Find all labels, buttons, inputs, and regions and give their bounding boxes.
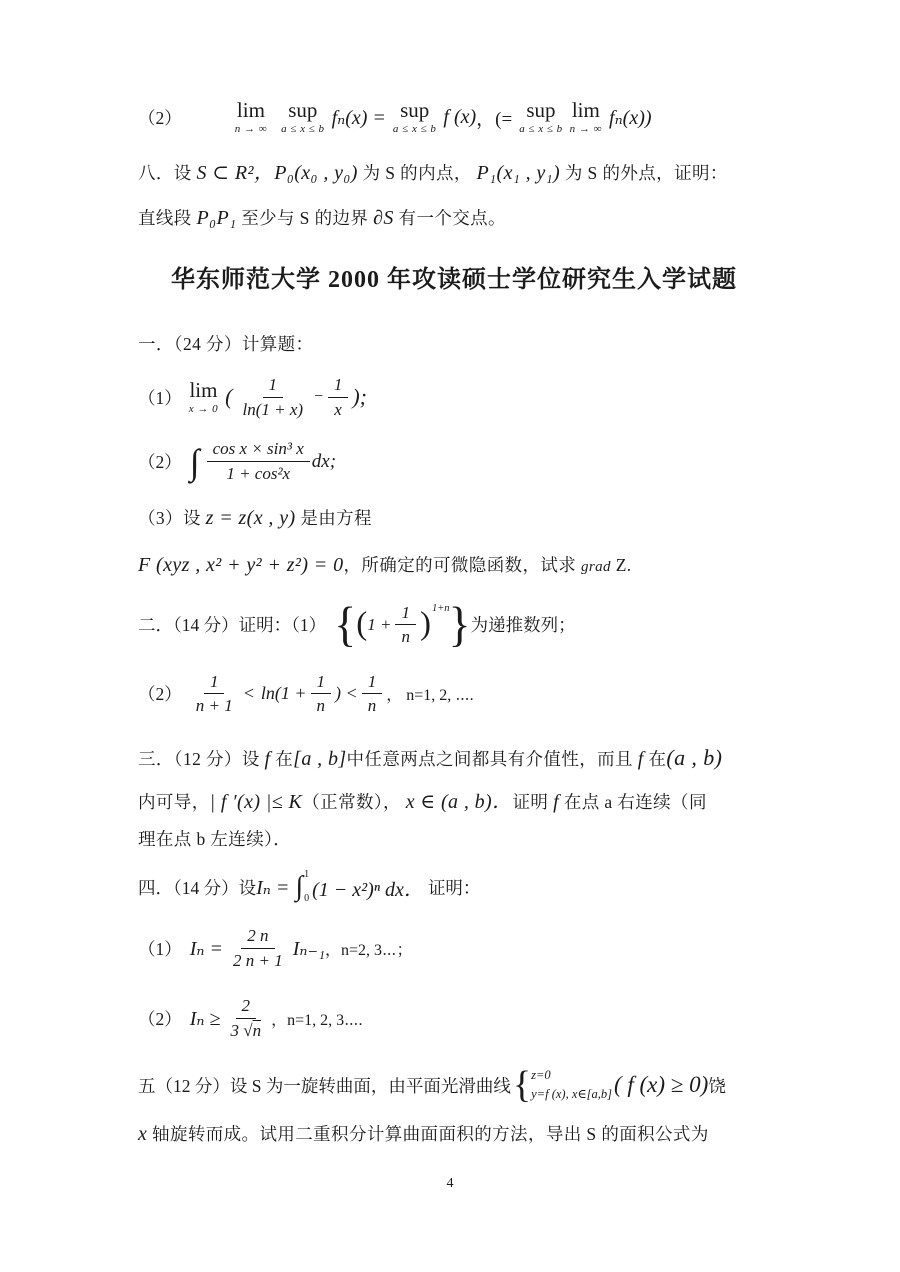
close-brace: } bbox=[449, 600, 471, 648]
open-paren: ( bbox=[225, 384, 232, 410]
math-In-geq: Iₙ ≥ bbox=[190, 1006, 221, 1031]
text-n-range: ， n=1, 2, ⋯. bbox=[386, 682, 473, 705]
integral-sign: ∫ bbox=[295, 873, 303, 901]
item-2-2: （2） 1 n + 1 < ln(1 + 1 n ) < 1 n ， n=1, … bbox=[138, 672, 770, 716]
section-5-line-2: x 轴旋转而成。试用二重积分计算曲面面积的方法，导出 S 的面积公式为 bbox=[138, 1120, 770, 1149]
formula-limsup: （2） lim n → ∞ sup a ≤ x ≤ b fₙ(x) = sup … bbox=[138, 100, 770, 135]
text-prove: 证明： bbox=[428, 875, 481, 900]
section-label: 五（12 分）设 S 为一旋转曲面，由平面光滑曲线 bbox=[138, 1073, 511, 1098]
problem-8-line-2: 直线段 P₀P₁ 至少与 S 的边界 ∂S 有一个交点。 bbox=[138, 204, 770, 233]
sup-underscript: a ≤ x ≤ b bbox=[281, 124, 324, 135]
fraction-numerator: 2 n bbox=[241, 926, 274, 949]
fraction-denominator: 1 + cos²x bbox=[220, 462, 296, 484]
math-ln-open: ln(1 + bbox=[261, 683, 307, 704]
item-label: （1） bbox=[138, 936, 182, 961]
math-one-plus: 1 + bbox=[367, 615, 391, 635]
text: 是由方程 bbox=[296, 508, 372, 528]
item-label: （2） bbox=[138, 681, 182, 706]
section-4-header: 四．（14 分）设 Iₙ = ∫ 1 0 (1 − x²)ⁿ dx． 证明： bbox=[138, 870, 770, 904]
fraction-numerator: 1 bbox=[362, 672, 383, 695]
radicand: n bbox=[253, 1021, 262, 1040]
cases-brace: { bbox=[513, 1066, 531, 1104]
section-3-line-1: 三．（12 分）设 f 在[a , b]中任意两点之间都具有介值性，而且 f 在… bbox=[138, 742, 770, 774]
sup-operator: sup a ≤ x ≤ b bbox=[519, 100, 562, 135]
section-label: 二．（14 分）证明：（1） bbox=[138, 612, 326, 637]
page-number: 4 bbox=[0, 1176, 900, 1192]
item-1-1: （1） lim x → 0 ( 1 ln(1 + x) − 1 x ); bbox=[138, 375, 770, 419]
less-than: < bbox=[243, 683, 255, 704]
text: 为 S 的内点， bbox=[358, 163, 477, 183]
item-label: （1） bbox=[138, 385, 182, 410]
fraction-numerator: 1 bbox=[328, 375, 349, 398]
math-s-subset: S ⊂ R²，P₀(x₀ , y₀) bbox=[196, 162, 357, 184]
math-p0p1: P₀P₁ bbox=[196, 207, 236, 229]
math-f-nonnegative: ( f (x) ≥ 0) bbox=[614, 1072, 708, 1098]
text-n-range: ，n=2, 3⋯； bbox=[325, 937, 412, 960]
item-label: （3）设 bbox=[138, 508, 206, 528]
close-paren: ); bbox=[352, 384, 367, 410]
exponent: 1+n bbox=[432, 603, 450, 614]
item-1-3: （3）设 z = z(x , y) 是由方程 bbox=[138, 504, 770, 533]
sup-underscript: a ≤ x ≤ b bbox=[519, 124, 562, 135]
text-n-range: ，n=1, 2, 3⋯. bbox=[271, 1007, 362, 1030]
fraction-denominator: n bbox=[395, 625, 416, 647]
math-In-equals: Iₙ = bbox=[190, 936, 223, 961]
sup-word: sup bbox=[288, 100, 317, 121]
math-close-lt: ) < bbox=[335, 683, 358, 704]
item-4-1: （1） Iₙ = 2 n 2 n + 1 Iₙ₋₁ ，n=2, 3⋯； bbox=[138, 926, 770, 970]
minus-sign: − bbox=[313, 388, 324, 406]
text: 在 bbox=[270, 749, 293, 769]
text: 有一个交点。 bbox=[394, 208, 506, 228]
fraction: 1 n bbox=[362, 672, 383, 716]
fraction-denominator: n bbox=[362, 694, 383, 716]
integral-upper: 1 bbox=[304, 870, 309, 880]
fraction-numerator: 1 bbox=[395, 603, 416, 626]
lim-operator: lim n → ∞ bbox=[570, 100, 602, 135]
math-x-axis: x bbox=[138, 1123, 147, 1145]
sqrt-icon: √ bbox=[243, 1021, 252, 1040]
item-label: （2） bbox=[138, 1006, 182, 1031]
text: 中任意两点之间都具有介值性，而且 bbox=[347, 749, 638, 769]
text: 为 S 的外点，证明： bbox=[560, 163, 728, 183]
section-5-line-1: 五（12 分）设 S 为一旋转曲面，由平面光滑曲线 { z=0 y=f (x),… bbox=[138, 1066, 770, 1104]
lim-underscript: n → ∞ bbox=[570, 124, 602, 135]
math-z-function: z = z(x , y) bbox=[206, 507, 296, 529]
fraction-denominator: ln(1 + x) bbox=[236, 398, 309, 420]
math-boundary: ∂S bbox=[373, 207, 394, 229]
lim-underscript: n → ∞ bbox=[235, 124, 267, 135]
math-x-in-interval: x ∈ (a , b)． bbox=[406, 791, 513, 813]
math-fnx-equals: fₙ(x) = bbox=[332, 105, 386, 130]
page-content: （2） lim n → ∞ sup a ≤ x ≤ b fₙ(x) = sup … bbox=[138, 0, 770, 1149]
fraction-denominator: n bbox=[311, 694, 332, 716]
text: 轴旋转而成。试用二重积分计算曲面面积的方法，导出 S 的面积公式为 bbox=[147, 1124, 708, 1144]
math-In-minus-1: Iₙ₋₁ bbox=[293, 936, 325, 961]
fraction: 2 n 2 n + 1 bbox=[227, 926, 289, 970]
sup-operator: sup a ≤ x ≤ b bbox=[281, 100, 324, 135]
sup-operator: sup a ≤ x ≤ b bbox=[393, 100, 436, 135]
fraction: cos x × sin³ x 1 + cos²x bbox=[207, 439, 310, 483]
fraction-denominator: 2 n + 1 bbox=[227, 949, 289, 971]
fraction-numerator: 2 bbox=[236, 996, 257, 1019]
math-integrand: (1 − x²)ⁿ dx． bbox=[312, 873, 424, 902]
text: 八．设 bbox=[138, 163, 196, 183]
text: 直线段 bbox=[138, 208, 196, 228]
fraction-numerator: 1 bbox=[204, 672, 225, 695]
text: 为递推数列； bbox=[471, 612, 576, 637]
fraction-numerator: cos x × sin³ x bbox=[207, 439, 310, 462]
fraction-denominator: 3 √n bbox=[225, 1019, 268, 1041]
sup-underscript: a ≤ x ≤ b bbox=[393, 124, 436, 135]
fraction-numerator: 1 bbox=[311, 672, 332, 695]
section-3-line-2: 内可导，| f ′(x) |≤ K（正常数）， x ∈ (a , b)．证明 f… bbox=[138, 788, 770, 817]
case-bottom: y=f (x), x∈[a,b] bbox=[531, 1085, 612, 1104]
problem-8-line-1: 八．设 S ⊂ R²，P₀(x₀ , y₀) 为 S 的内点， P₁(x₁ , … bbox=[138, 159, 770, 188]
item-label: （2） bbox=[138, 105, 182, 130]
exam-title: 华东师范大学 2000 年攻读硕士学位研究生入学试题 bbox=[138, 259, 770, 294]
math-closed-interval: [a , b] bbox=[293, 748, 346, 770]
math-comma-open: ，(= bbox=[476, 104, 512, 131]
close-paren: ) bbox=[420, 608, 431, 641]
fraction: 1 n + 1 bbox=[190, 672, 239, 716]
open-brace: { bbox=[334, 600, 356, 648]
section-2-header: 二．（14 分）证明：（1） { ( 1 + 1 n ) 1+n } 为递推数列… bbox=[138, 602, 770, 648]
text: 在点 a 右连续（同 bbox=[559, 792, 707, 812]
section-1-header: 一．（24 分）计算题： bbox=[138, 332, 770, 357]
text: Z. bbox=[611, 555, 632, 575]
integral-bounds: 1 0 bbox=[304, 870, 309, 904]
math-In-equals: Iₙ = bbox=[256, 875, 289, 900]
item-1-3-equation: F (xyz , x² + y² + z²) = 0，所确定的可微隐函数，试求 … bbox=[138, 551, 770, 580]
lim-word: lim bbox=[237, 100, 265, 121]
fraction-denominator: n + 1 bbox=[190, 694, 239, 716]
exam-document-page: （2） lim n → ∞ sup a ≤ x ≤ b fₙ(x) = sup … bbox=[0, 0, 900, 1272]
fraction-numerator: 1 bbox=[263, 375, 284, 398]
item-1-2: （2） ∫ cos x × sin³ x 1 + cos²x dx; bbox=[138, 439, 770, 483]
math-fx: f (x) bbox=[443, 106, 476, 129]
fraction: 1 x bbox=[328, 375, 349, 419]
text: （正常数）， bbox=[302, 792, 405, 812]
section-label: 三．（12 分）设 bbox=[138, 749, 265, 769]
text: 饶 bbox=[708, 1073, 726, 1098]
math-open-interval: (a , b) bbox=[666, 745, 722, 770]
section-3-line-3: 理在点 b 左连续）． bbox=[138, 827, 770, 852]
lim-word: lim bbox=[572, 100, 600, 121]
fraction: 2 3 √n bbox=[225, 996, 268, 1040]
cases-column: z=0 y=f (x), x∈[a,b] bbox=[531, 1066, 612, 1104]
text: 在 bbox=[644, 749, 667, 769]
integral-lower: 0 bbox=[304, 894, 309, 904]
sup-word: sup bbox=[400, 100, 429, 121]
case-top: z=0 bbox=[531, 1066, 551, 1085]
math-p1-point: P₁(x₁ , y₁) bbox=[477, 162, 561, 184]
math-implicit-equation: F (xyz , x² + y² + z²) = 0 bbox=[138, 554, 344, 576]
math-derivative-bound: | f ′(x) |≤ K bbox=[210, 791, 303, 813]
item-4-2: （2） Iₙ ≥ 2 3 √n ，n=1, 2, 3⋯. bbox=[138, 996, 770, 1040]
fraction: 1 n bbox=[311, 672, 332, 716]
lim-word: lim bbox=[189, 380, 217, 401]
math-fnx-close: fₙ(x)) bbox=[609, 105, 652, 130]
lim-operator: lim x → 0 bbox=[189, 380, 218, 415]
lim-underscript: x → 0 bbox=[189, 404, 218, 415]
integral-sign: ∫ bbox=[190, 444, 200, 480]
text: ，所确定的可微隐函数，试求 bbox=[344, 555, 581, 575]
math-dx: dx; bbox=[312, 451, 336, 473]
sup-word: sup bbox=[526, 100, 555, 121]
denominator-coefficient: 3 bbox=[231, 1021, 244, 1040]
text: 内可导， bbox=[138, 792, 210, 812]
open-paren: ( bbox=[356, 608, 367, 641]
section-label: 四．（14 分）设 bbox=[138, 875, 256, 900]
item-label: （2） bbox=[138, 449, 182, 474]
text: 证明 bbox=[513, 792, 554, 812]
fraction: 1 n bbox=[395, 603, 416, 647]
fraction: 1 ln(1 + x) bbox=[236, 375, 309, 419]
text: 至少与 S 的边界 bbox=[236, 208, 373, 228]
fraction-denominator: x bbox=[328, 398, 348, 420]
lim-operator: lim n → ∞ bbox=[235, 100, 267, 135]
math-grad: grad bbox=[581, 559, 611, 575]
